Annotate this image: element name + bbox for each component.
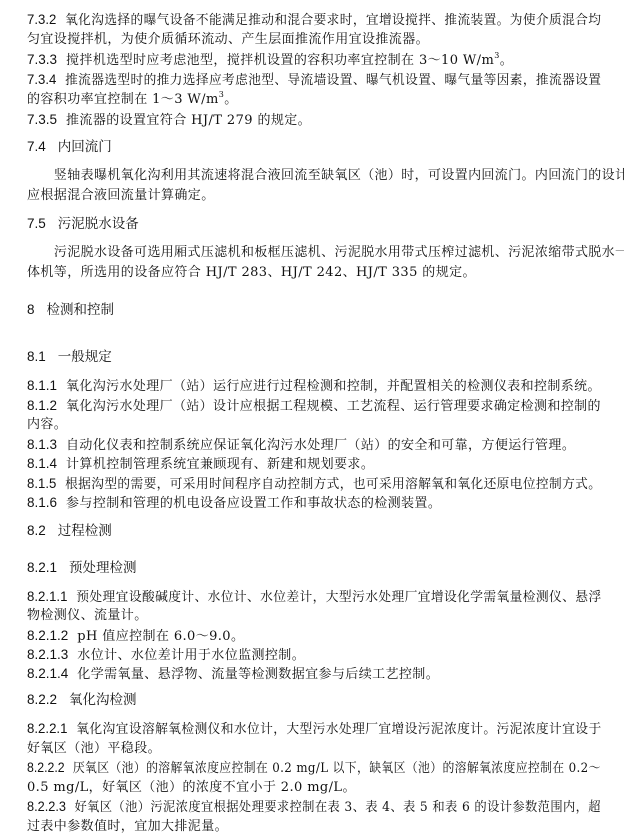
clause-number: 8.1.3 (27, 437, 57, 452)
clause-8-2-2-3: 8.2.2.3好氧区（池）污泥浓度宜根据处理要求控制在表 3、表 4、表 5 和… (27, 799, 601, 816)
clause-8-1-3: 8.1.3自动化仪表和控制系统应保证氧化沟污水处理厂（站）的安全和可靠，方便运行… (27, 437, 601, 454)
paragraph-text: 体机等，所选用的设备应符合 HJ/T 283、HJ/T 242、HJ/T 335… (27, 265, 476, 280)
clause-text: 0.5 mg/L，好氧区（池）的浓度不宜小于 2.0 mg/L。 (27, 780, 356, 795)
clause-text: 匀宜设搅拌机，为使介质循环流动、产生层面推流作用宜设推流器。 (27, 32, 429, 47)
clause-number: 7.3.2 (27, 12, 56, 27)
clause-text: 氧化沟宜设溶解氧检测仪和水位计，大型污水处理厂宜增设污泥浓度计。污泥浓度计宜设于 (76, 722, 601, 737)
clause-text: pH 值应控制在 6.0～9.0。 (77, 629, 244, 644)
heading-text: 检测和控制 (47, 302, 115, 317)
clause-8-1-1: 8.1.1氧化沟污水处理厂（站）运行应进行过程检测和控制，并配置相关的检测仪表和… (27, 378, 601, 395)
clause-number: 8.1.2 (27, 398, 57, 413)
clause-number: 7.3.3 (27, 52, 57, 67)
clause-text-tail: 。 (500, 53, 513, 68)
clause-text-tail: 。 (224, 92, 237, 107)
clause-8-1-4: 8.1.4计算机控制管理系统宜兼顾现有、新建和规划要求。 (27, 456, 601, 473)
heading-8-2-2: 8.2.2氧化沟检测 (27, 692, 601, 708)
clause-text: 计算机控制管理系统宜兼顾现有、新建和规划要求。 (66, 457, 374, 472)
clause-8-1-2: 8.1.2氧化沟污水处理厂（站）设计应根据工程规模、工艺流程、运行管理要求确定检… (27, 398, 601, 415)
heading-8: 8检测和控制 (27, 302, 601, 318)
heading-number: 7.5 (27, 216, 46, 231)
clause-text: 厌氧区（池）的溶解氧浓度应控制在 0.2 mg/L 以下，缺氧区（池）的溶解氧浓… (73, 761, 601, 776)
clause-text: 好氧区（池）污泥浓度宜根据处理要求控制在表 3、表 4、表 5 和表 6 的设计… (74, 800, 600, 815)
clause-7-3-5: 7.3.5推流器的设置宜符合 HJ/T 279 的规定。 (27, 112, 601, 129)
heading-text: 过程检测 (58, 523, 112, 538)
clause-7-3-4: 7.3.4推流器选型时的推力选择应考虑池型、导流墙设置、曝气机设置、曝气量等因素… (27, 72, 601, 89)
clause-8-2-1-2: 8.2.1.2pH 值应控制在 6.0～9.0。 (27, 628, 601, 645)
clause-8-2-2-3-cont: 过表中参数值时，宜加大排泥量。 (27, 819, 601, 835)
paragraph-7-4: 竖轴表曝机氧化沟利用其流速将混合液回流至缺氧区（池）时，可设置内回流门。内回流门… (27, 168, 624, 184)
clause-text: 推流器的设置宜符合 HJ/T 279 的规定。 (66, 113, 311, 128)
clause-number: 8.2.1.3 (27, 647, 68, 662)
clause-number: 8.2.2.3 (27, 799, 66, 814)
clause-text: 水位计、水位差计用于水位监测控制。 (77, 648, 305, 663)
clause-text: 物检测仪、流量计。 (27, 608, 148, 623)
heading-text: 污泥脱水设备 (58, 216, 139, 231)
clause-number: 8.2.1.2 (27, 628, 68, 643)
clause-8-2-2-1-cont: 好氧区（池）平稳段。 (27, 741, 601, 757)
clause-7-3-4-cont: 的容积功率宜控制在 1～3 W/m3。 (27, 92, 601, 108)
clause-text: 搅拌机选型时应考虑池型，搅拌机设置的容积功率宜控制在 3～10 W/m (66, 53, 494, 68)
clause-number: 8.2.1.4 (27, 666, 68, 681)
clause-text: 参与控制和管理的机电设备应设置工作和事故状态的检测装置。 (66, 496, 441, 511)
clause-text: 氧化沟污水处理厂（站）设计应根据工程规模、工艺流程、运行管理要求确定检测和控制的 (66, 399, 601, 414)
paragraph-7-5: 污泥脱水设备可选用厢式压滤机和板框压滤机、污泥脱水用带式压榨过滤机、污泥浓缩带式… (27, 245, 624, 261)
clause-number: 7.3.4 (27, 72, 56, 87)
clause-8-1-6: 8.1.6参与控制和管理的机电设备应设置工作和事故状态的检测装置。 (27, 495, 601, 512)
clause-text: 推流器选型时的推力选择应考虑池型、导流墙设置、曝气机设置、曝气量等因素，推流器设… (65, 73, 601, 88)
clause-text: 预处理宜设酸碱度计、水位计、水位差计，大型污水处理厂宜增设化学需氧量检测仪、悬浮 (76, 590, 601, 605)
heading-number: 8.2.1 (27, 560, 57, 575)
clause-8-2-1-1: 8.2.1.1预处理宜设酸碱度计、水位计、水位差计，大型污水处理厂宜增设化学需氧… (27, 589, 601, 606)
heading-number: 8.2.2 (27, 692, 57, 707)
clause-text: 内容。 (27, 417, 67, 432)
clause-7-3-2: 7.3.2氧化沟选择的曝气设备不能满足推动和混合要求时，宜增设搅拌、推流装置。为… (27, 12, 601, 29)
clause-7-3-3: 7.3.3搅拌机选型时应考虑池型，搅拌机设置的容积功率宜控制在 3～10 W/m… (27, 52, 601, 69)
heading-number: 8.2 (27, 523, 46, 538)
clause-8-2-1-1-cont: 物检测仪、流量计。 (27, 608, 601, 624)
clause-text: 根据沟型的需要，可采用时间程序自动控制方式，也可采用溶解氧和氧化还原电位控制方式… (65, 477, 601, 492)
heading-8-2-1: 8.2.1预处理检测 (27, 560, 601, 576)
clause-number: 8.1.6 (27, 495, 57, 510)
clause-8-2-2-2-cont: 0.5 mg/L，好氧区（池）的浓度不宜小于 2.0 mg/L。 (27, 780, 601, 796)
clause-text: 的容积功率宜控制在 1～3 W/m (27, 92, 219, 107)
paragraph-text: 应根据混合液回流量计算确定。 (27, 188, 215, 203)
clause-number: 8.1.1 (27, 378, 57, 393)
paragraph-text: 竖轴表曝机氧化沟利用其流速将混合液回流至缺氧区（池）时，可设置内回流门。内回流门… (54, 168, 624, 183)
clause-number: 8.1.5 (27, 476, 56, 491)
paragraph-text: 污泥脱水设备可选用厢式压滤机和板框压滤机、污泥脱水用带式压榨过滤机、污泥浓缩带式… (54, 245, 624, 260)
clause-text: 化学需氧量、悬浮物、流量等检测数据宜参与后续工艺控制。 (77, 667, 439, 682)
clause-text: 自动化仪表和控制系统应保证氧化沟污水处理厂（站）的安全和可靠，方便运行管理。 (66, 438, 575, 453)
clause-number: 8.1.4 (27, 456, 57, 471)
clause-number: 8.2.1.1 (27, 589, 67, 604)
heading-8-1: 8.1一般规定 (27, 349, 601, 365)
paragraph-7-5-cont: 体机等，所选用的设备应符合 HJ/T 283、HJ/T 242、HJ/T 335… (27, 265, 601, 281)
clause-number: 8.2.2.2 (27, 760, 65, 775)
heading-text: 一般规定 (58, 349, 112, 364)
clause-8-2-2-1: 8.2.2.1氧化沟宜设溶解氧检测仪和水位计，大型污水处理厂宜增设污泥浓度计。污… (27, 721, 601, 738)
clause-text: 好氧区（池）平稳段。 (27, 741, 161, 756)
clause-text: 氧化沟污水处理厂（站）运行应进行过程检测和控制，并配置相关的检测仪表和控制系统。 (66, 379, 601, 394)
heading-text: 内回流门 (58, 139, 112, 154)
clause-8-2-1-4: 8.2.1.4化学需氧量、悬浮物、流量等检测数据宜参与后续工艺控制。 (27, 666, 601, 683)
clause-number: 8.2.2.1 (27, 721, 67, 736)
clause-number: 7.3.5 (27, 112, 57, 127)
heading-text: 氧化沟检测 (69, 692, 137, 707)
heading-number: 7.4 (27, 139, 46, 154)
heading-number: 8.1 (27, 349, 46, 364)
heading-8-2: 8.2过程检测 (27, 523, 601, 539)
clause-8-1-5: 8.1.5根据沟型的需要，可采用时间程序自动控制方式，也可采用溶解氧和氧化还原电… (27, 476, 601, 493)
heading-7-5: 7.5污泥脱水设备 (27, 216, 601, 232)
clause-8-2-1-3: 8.2.1.3水位计、水位差计用于水位监测控制。 (27, 647, 601, 664)
clause-7-3-2-cont: 匀宜设搅拌机，为使介质循环流动、产生层面推流作用宜设推流器。 (27, 32, 601, 48)
clause-text: 过表中参数值时，宜加大排泥量。 (27, 819, 228, 834)
clause-8-2-2-2: 8.2.2.2厌氧区（池）的溶解氧浓度应控制在 0.2 mg/L 以下，缺氧区（… (27, 760, 601, 777)
heading-number: 8 (27, 302, 35, 317)
clause-text: 氧化沟选择的曝气设备不能满足推动和混合要求时，宜增设搅拌、推流装置。为使介质混合… (65, 13, 601, 28)
heading-text: 预处理检测 (69, 560, 137, 575)
clause-8-1-2-cont: 内容。 (27, 417, 601, 433)
heading-7-4: 7.4内回流门 (27, 139, 601, 155)
paragraph-7-4-cont: 应根据混合液回流量计算确定。 (27, 188, 601, 204)
